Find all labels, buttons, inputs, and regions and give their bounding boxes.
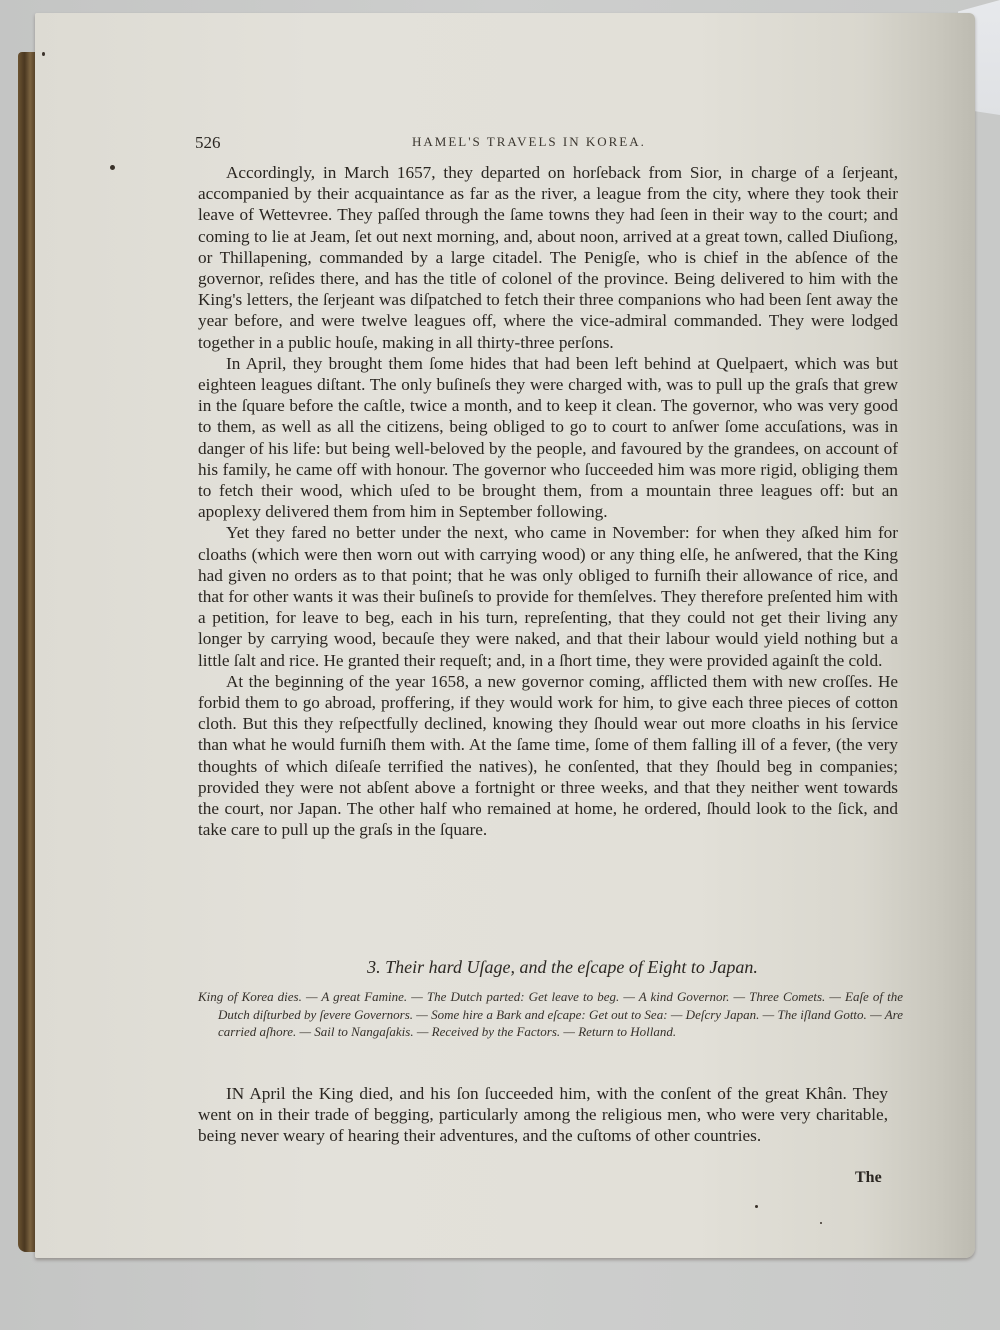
- section-text-block: IN April the King died, and his ſon ſucc…: [198, 1083, 888, 1147]
- running-head-title: HAMEL'S TRAVELS IN KOREA.: [412, 134, 646, 150]
- paragraph: In April, they brought them ſome hides t…: [198, 353, 898, 523]
- page-number: 526: [195, 133, 221, 153]
- paragraph: IN April the King died, and his ſon ſucc…: [198, 1083, 888, 1147]
- section-summary: King of Korea dies. — A great Famine. — …: [198, 988, 903, 1041]
- ink-speck: [110, 165, 115, 170]
- catchword: The: [855, 1169, 882, 1187]
- paragraph: Accordingly, in March 1657, they departe…: [198, 162, 898, 353]
- paragraph: At the beginning of the year 1658, a new…: [198, 671, 898, 841]
- section-title: 3. Their hard Uſage, and the eſcape of E…: [202, 957, 903, 978]
- paragraph: Yet they fared no better under the next,…: [198, 522, 898, 670]
- ink-speck: [755, 1205, 758, 1208]
- ink-speck: [42, 52, 45, 56]
- ink-speck: [820, 1222, 822, 1224]
- running-head: 526 HAMEL'S TRAVELS IN KOREA.: [195, 133, 900, 155]
- main-text-block: Accordingly, in March 1657, they departe…: [198, 162, 898, 841]
- chapter-section: 3. Their hard Uſage, and the eſcape of E…: [198, 957, 903, 1041]
